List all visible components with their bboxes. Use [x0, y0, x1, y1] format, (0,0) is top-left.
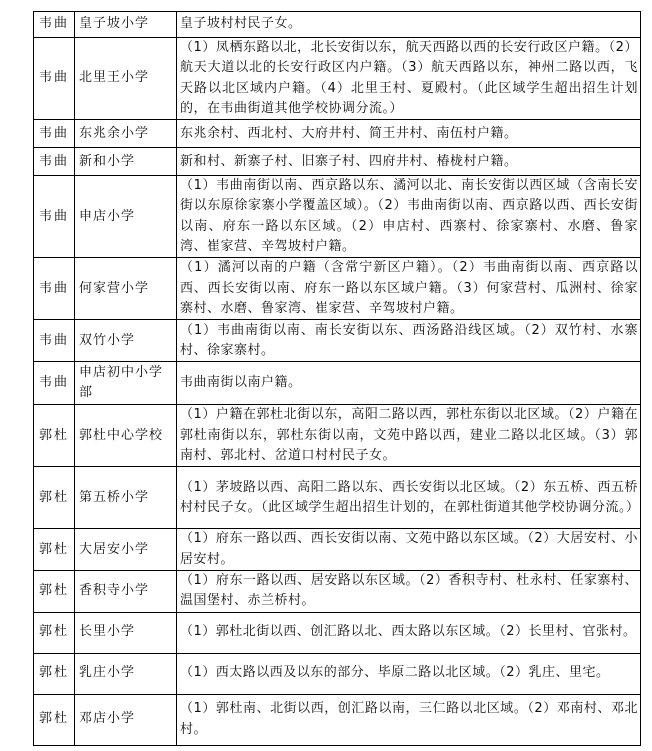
district-cell: 韦曲 — [34, 148, 75, 176]
table-row: 韦曲双竹小学（1）韦曲南街以南、南长安街以东、西汤路沿线区域。（2）双竹村、水寨… — [34, 320, 641, 362]
school-cell: 郭杜中心学校 — [75, 405, 177, 467]
table-row: 郭杜郭杜中心学校（1）户籍在郭杜北街以东，高阳二路以西，郭杜东街以北区域。（2）… — [34, 405, 641, 467]
enrollment-area-cell: 东兆余村、西北村、大府井村、简王井村、南伍村户籍。 — [177, 120, 641, 148]
enrollment-area-cell: （1）韦曲南街以南、西京路以东、潏河以北、南长安街以西区域（含南长安街以东原徐家… — [177, 176, 641, 258]
school-cell: 香积寺小学 — [75, 570, 177, 612]
district-cell: 韦曲 — [34, 38, 75, 120]
school-cell: 申店初中小学部 — [75, 362, 177, 405]
school-district-table: 韦曲皇子坡小学皇子坡村村民子女。韦曲北里王小学（1）凤栖东路以北，北长安街以东，… — [33, 11, 641, 746]
school-cell: 长里小学 — [75, 612, 177, 653]
table-body: 韦曲皇子坡小学皇子坡村村民子女。韦曲北里王小学（1）凤栖东路以北，北长安街以东，… — [34, 12, 641, 746]
district-cell: 韦曲 — [34, 120, 75, 148]
district-cell: 郭杜 — [34, 612, 75, 653]
enrollment-area-cell: （1）府东一路以西、西长安街以南、文苑中路以东区域。（2）大居安村、小居安村。 — [177, 529, 641, 571]
enrollment-area-cell: 韦曲南街以南户籍。 — [177, 362, 641, 405]
district-cell: 韦曲 — [34, 176, 75, 258]
table-row: 韦曲申店初中小学部韦曲南街以南户籍。 — [34, 362, 641, 405]
enrollment-area-cell: （1）郭杜北街以西、创汇路以北、西太路以东区域。（2）长里村、官张村。 — [177, 612, 641, 653]
school-cell: 双竹小学 — [75, 320, 177, 362]
enrollment-area-cell: （1）潏河以南的户籍（含常宁新区户籍）。（2）韦曲南街以南、西京路以西、西长安街… — [177, 258, 641, 320]
table-row: 郭杜乳庄小学（1）西太路以西及以东的部分、毕原二路以北区域。（2）乳庄、里宅。 — [34, 653, 641, 694]
school-cell: 第五桥小学 — [75, 467, 177, 529]
school-cell: 大居安小学 — [75, 529, 177, 571]
district-cell: 韦曲 — [34, 12, 75, 38]
district-cell: 韦曲 — [34, 362, 75, 405]
district-cell: 郭杜 — [34, 653, 75, 694]
district-cell: 郭杜 — [34, 529, 75, 571]
table-row: 韦曲新和小学新和村、新寨子村、旧寨子村、四府井村、椿栊村户籍。 — [34, 148, 641, 176]
table-row: 韦曲北里王小学（1）凤栖东路以北，北长安街以东，航天西路以西的长安行政区户籍。（… — [34, 38, 641, 120]
school-cell: 皇子坡小学 — [75, 12, 177, 38]
school-cell: 申店小学 — [75, 176, 177, 258]
school-cell: 乳庄小学 — [75, 653, 177, 694]
enrollment-area-cell: （1）府东一路以西、居安路以东区域。（2）香积寺村、杜永村、任家寨村、温国堡村、… — [177, 570, 641, 612]
school-cell: 新和小学 — [75, 148, 177, 176]
table-row: 郭杜大居安小学（1）府东一路以西、西长安街以南、文苑中路以东区域。（2）大居安村… — [34, 529, 641, 571]
enrollment-area-cell: （1）凤栖东路以北，北长安街以东，航天西路以西的长安行政区户籍。（2）航天大道以… — [177, 38, 641, 120]
table-row: 韦曲申店小学（1）韦曲南街以南、西京路以东、潏河以北、南长安街以西区域（含南长安… — [34, 176, 641, 258]
district-cell: 郭杜 — [34, 405, 75, 467]
school-cell: 北里王小学 — [75, 38, 177, 120]
district-cell: 郭杜 — [34, 694, 75, 745]
enrollment-area-cell: （1）茅坡路以西、高阳二路以东、西长安街以北区域。（2）东五桥、西五桥村村民子女… — [177, 467, 641, 529]
table-row: 郭杜长里小学（1）郭杜北街以西、创汇路以北、西太路以东区域。（2）长里村、官张村… — [34, 612, 641, 653]
table-row: 韦曲东兆余小学东兆余村、西北村、大府井村、简王井村、南伍村户籍。 — [34, 120, 641, 148]
enrollment-area-cell: （1）西太路以西及以东的部分、毕原二路以北区域。（2）乳庄、里宅。 — [177, 653, 641, 694]
table-row: 韦曲何家营小学（1）潏河以南的户籍（含常宁新区户籍）。（2）韦曲南街以南、西京路… — [34, 258, 641, 320]
enrollment-area-cell: 皇子坡村村民子女。 — [177, 12, 641, 38]
enrollment-area-cell: （1）韦曲南街以南、南长安街以东、西汤路沿线区域。（2）双竹村、水寨村、徐家寨村… — [177, 320, 641, 362]
district-cell: 郭杜 — [34, 570, 75, 612]
school-cell: 邓店小学 — [75, 694, 177, 745]
district-cell: 郭杜 — [34, 467, 75, 529]
school-cell: 何家营小学 — [75, 258, 177, 320]
school-cell: 东兆余小学 — [75, 120, 177, 148]
table-row: 郭杜第五桥小学（1）茅坡路以西、高阳二路以东、西长安街以北区域。（2）东五桥、西… — [34, 467, 641, 529]
district-cell: 韦曲 — [34, 320, 75, 362]
enrollment-area-cell: （1）户籍在郭杜北街以东，高阳二路以西，郭杜东街以北区域。（2）户籍在郭杜南街以… — [177, 405, 641, 467]
district-cell: 韦曲 — [34, 258, 75, 320]
enrollment-area-cell: 新和村、新寨子村、旧寨子村、四府井村、椿栊村户籍。 — [177, 148, 641, 176]
table-row: 韦曲皇子坡小学皇子坡村村民子女。 — [34, 12, 641, 38]
table-row: 郭杜邓店小学（1）郭杜南、北街以西，创汇路以南，三仁路以北区域。（2）邓南村、邓… — [34, 694, 641, 745]
table-row: 郭杜香积寺小学（1）府东一路以西、居安路以东区域。（2）香积寺村、杜永村、任家寨… — [34, 570, 641, 612]
enrollment-area-cell: （1）郭杜南、北街以西，创汇路以南，三仁路以北区域。（2）邓南村、邓北村。 — [177, 694, 641, 745]
